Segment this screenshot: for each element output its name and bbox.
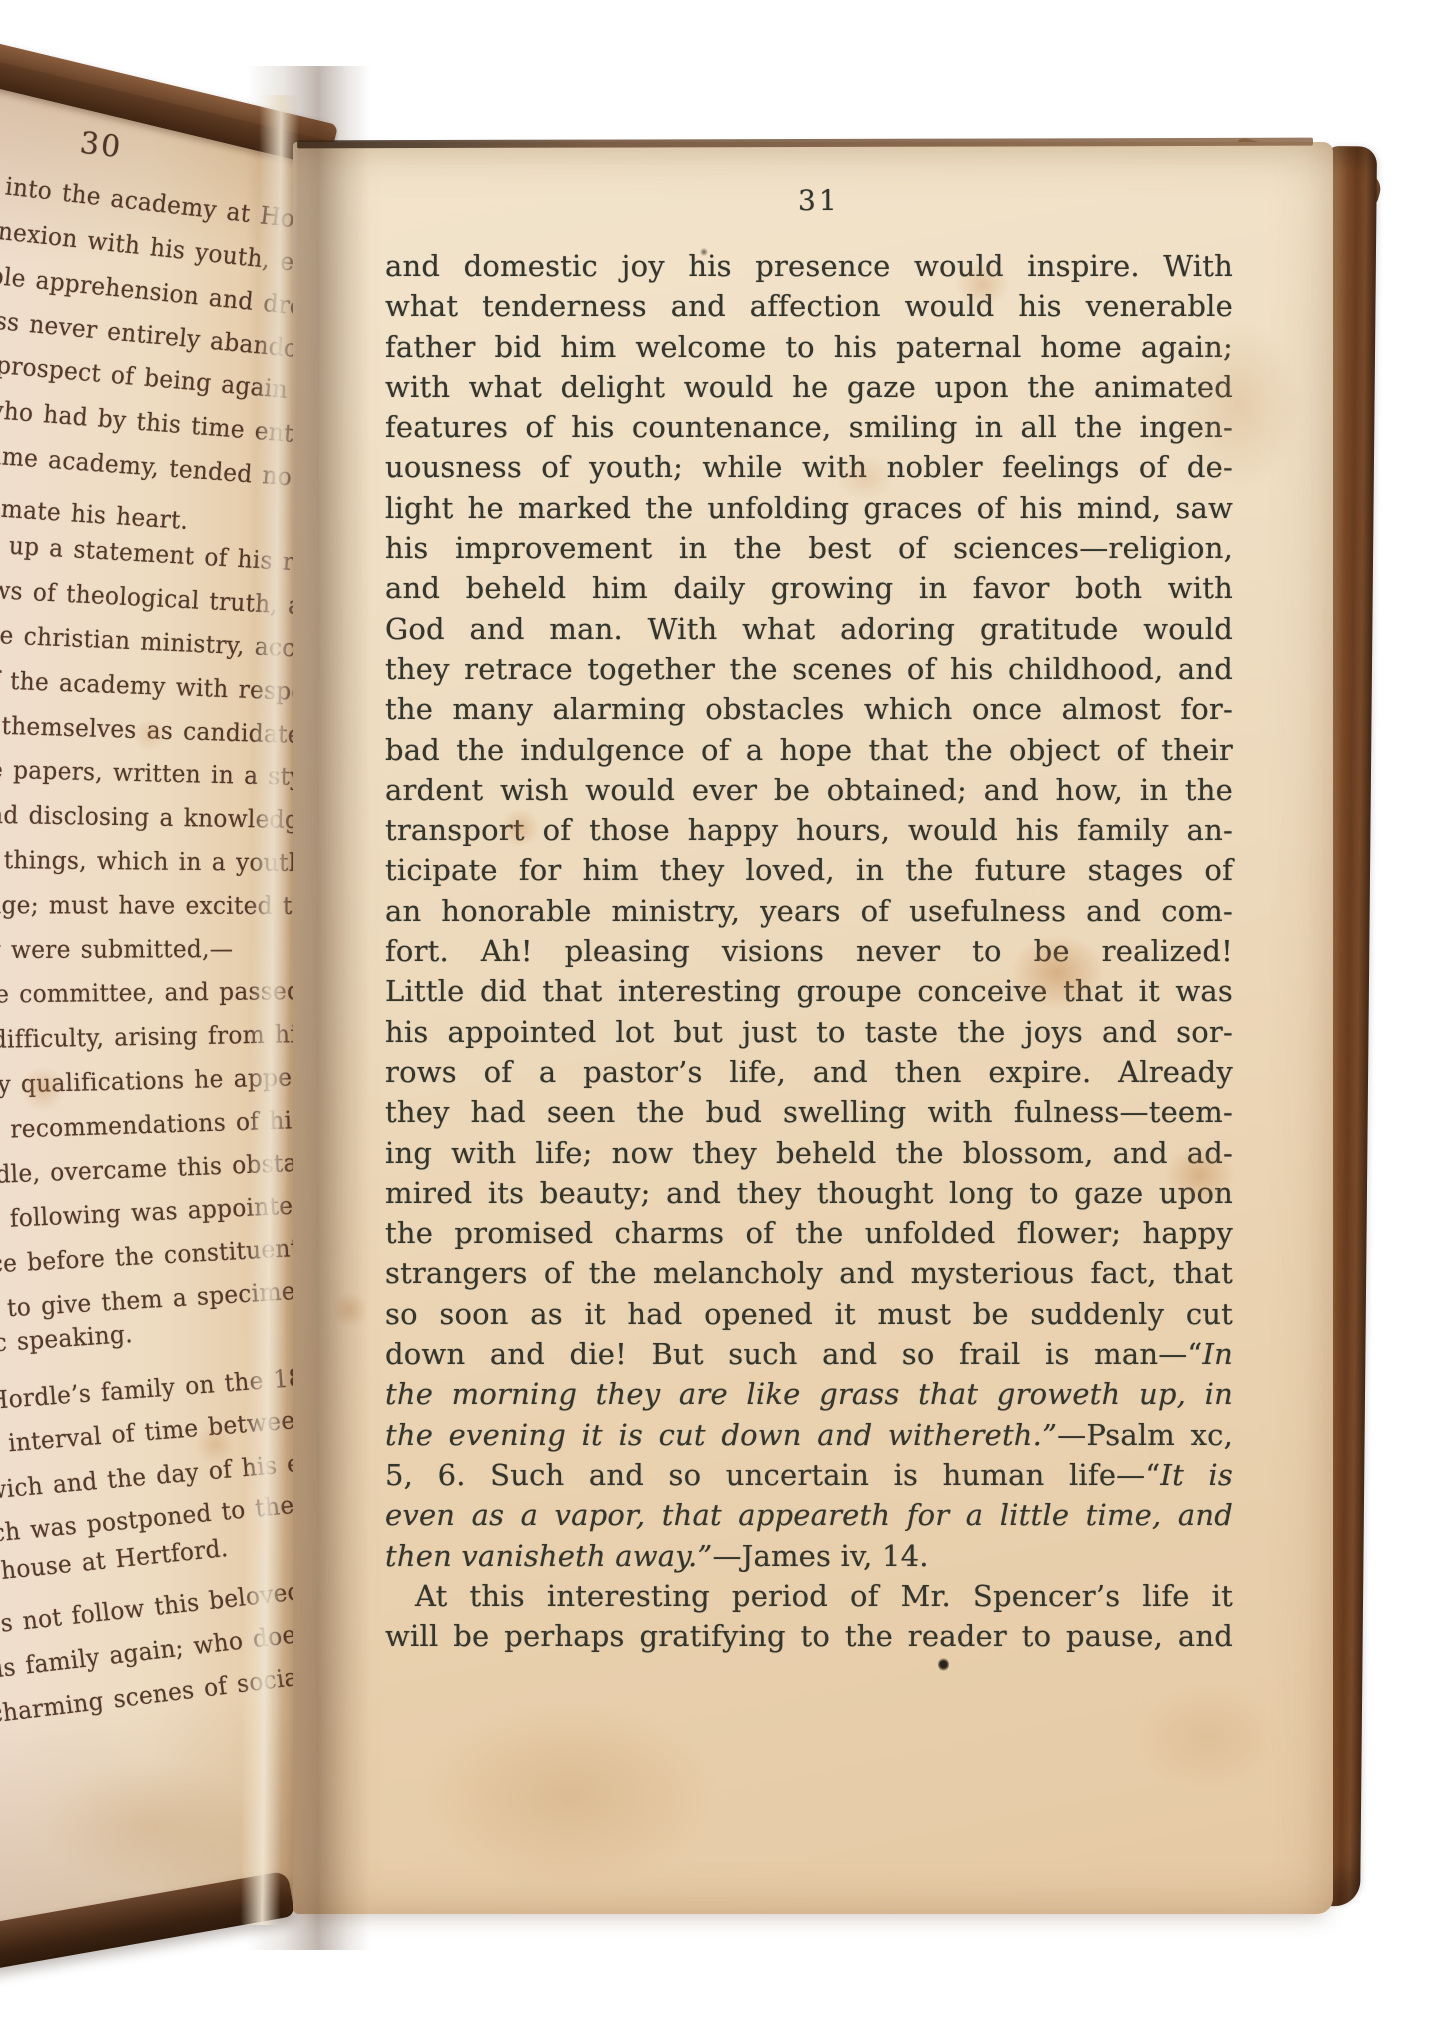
text-line: 5, 6. Such and so uncertain is human lif…	[385, 1455, 1233, 1495]
text-segment: ticipate for him they loved, in the futu…	[385, 853, 1233, 887]
text-segment: his improvement in the best of sciences—…	[385, 531, 1233, 565]
text-segment: and domestic joy his presence would insp…	[385, 249, 1233, 283]
text-segment: ing with life; now they beheld the bloss…	[385, 1136, 1233, 1170]
text-line: with what delight would he gaze upon the…	[385, 367, 1233, 407]
text-line: then vanisheth away.”—James iv, 14.	[385, 1536, 1233, 1576]
foxing-spot	[332, 1292, 368, 1328]
text-segment: they had seen the bud swelling with fuln…	[385, 1095, 1233, 1129]
text-line: the morning they are like grass that gro…	[385, 1374, 1233, 1414]
text-line: bad the indulgence of a hope that the ob…	[385, 730, 1233, 770]
text-segment: —James iv, 14.	[712, 1539, 928, 1573]
text-segment: will be perhaps gratifying to the reader…	[385, 1619, 1233, 1653]
text-line: the evening it is cut down and withereth…	[385, 1415, 1233, 1455]
text-segment: rows of a pastor’s life, and then expire…	[385, 1055, 1233, 1089]
text-line: God and man. With what adoring gratitude…	[385, 609, 1233, 649]
book-photo: 30 lmission into the academy at Houin co…	[0, 0, 1445, 2023]
text-segment: transport of those happy hours, would hi…	[385, 813, 1233, 847]
italic-text-segment: the morning they are like grass that gro…	[385, 1377, 1233, 1411]
text-line: ardent wish would ever be obtained; and …	[385, 770, 1233, 810]
text-line: an honorable ministry, years of usefulne…	[385, 891, 1233, 931]
text-line: features of his countenance, smiling in …	[385, 407, 1233, 447]
text-segment: features of his countenance, smiling in …	[385, 410, 1233, 444]
text-line: his improvement in the best of sciences—…	[385, 528, 1233, 568]
right-page: 31 and domestic joy his presence would i…	[293, 142, 1333, 1914]
text-line: At this interesting period of Mr. Spence…	[385, 1576, 1233, 1616]
italic-text-segment: the evening it is cut down and withereth…	[385, 1418, 1057, 1452]
page-top-edge	[297, 138, 1313, 149]
text-segment: an honorable ministry, years of usefulne…	[385, 894, 1233, 928]
text-line: ticipate for him they loved, in the futu…	[385, 850, 1233, 890]
text-segment: down and die! But such and so frail is m…	[385, 1337, 1202, 1371]
text-segment: his appointed lot but just to taste the …	[385, 1015, 1233, 1049]
text-segment: the promised charms of the unfolded flow…	[385, 1216, 1233, 1250]
ink-dot	[938, 1658, 949, 1671]
text-line: rows of a pastor’s life, and then expire…	[385, 1052, 1233, 1092]
text-segment: —Psalm xc,	[1057, 1418, 1233, 1452]
text-line: will be perhaps gratifying to the reader…	[385, 1616, 1233, 1656]
text-line: ing with life; now they beheld the bloss…	[385, 1133, 1233, 1173]
text-segment: At this interesting period of Mr. Spence…	[415, 1579, 1233, 1613]
text-segment: fort. Ah! pleasing visions never to be r…	[385, 934, 1233, 968]
text-line: they retrace together the scenes of his …	[385, 649, 1233, 689]
text-segment: they retrace together the scenes of his …	[385, 652, 1233, 686]
text-line: the promised charms of the unfolded flow…	[385, 1213, 1233, 1253]
text-line: so soon as it had opened it must be sudd…	[385, 1294, 1233, 1334]
text-line: his appointed lot but just to taste the …	[385, 1012, 1233, 1052]
text-line: c speaking.	[0, 1319, 134, 1357]
paper-stain	[1133, 1682, 1283, 1792]
text-segment: uousness of youth; while with nobler fee…	[385, 450, 1233, 484]
text-line: d animate his heart.	[0, 489, 189, 534]
text-line: the many alarming obstacles which once a…	[385, 689, 1233, 729]
text-line: whom they were submitted,—	[0, 934, 233, 965]
foxing-spot	[420, 1700, 720, 1890]
text-line: transport of those happy hours, would hi…	[385, 810, 1233, 850]
page-number-left: 30	[78, 126, 124, 166]
text-segment: with what delight would he gaze upon the…	[385, 370, 1233, 404]
text-segment: and beheld him daily growing in favor bo…	[385, 571, 1233, 605]
text-segment: what tenderness and affection would his …	[385, 289, 1233, 323]
text-segment: light he marked the unfolding graces of …	[385, 491, 1233, 525]
text-line: fort. Ah! pleasing visions never to be r…	[385, 931, 1233, 971]
text-line: what tenderness and affection would his …	[385, 286, 1233, 326]
text-segment: mired its beauty; and they thought long …	[385, 1176, 1233, 1210]
text-segment: God and man. With what adoring gratitude…	[385, 612, 1233, 646]
italic-text-segment: even as a vapor, that appeareth for a li…	[385, 1498, 1233, 1532]
text-segment: bad the indulgence of a hope that the ob…	[385, 733, 1233, 767]
text-line: light he marked the unfolding graces of …	[385, 488, 1233, 528]
text-segment: the many alarming obstacles which once a…	[385, 692, 1233, 726]
text-segment: ardent wish would ever be obtained; and …	[385, 773, 1233, 807]
text-segment: so soon as it had opened it must be sudd…	[385, 1297, 1233, 1331]
text-line: strangers of the melancholy and mysterio…	[385, 1253, 1233, 1293]
page-number-right: 31	[798, 184, 840, 217]
right-page-text: and domestic joy his presence would insp…	[385, 246, 1233, 1656]
text-line: and domestic joy his presence would insp…	[385, 246, 1233, 286]
text-line: Little did that interesting groupe conce…	[385, 971, 1233, 1011]
text-line: and beheld him daily growing in favor bo…	[385, 568, 1233, 608]
text-segment: father bid him welcome to his paternal h…	[385, 330, 1233, 364]
text-segment: strangers of the melancholy and mysterio…	[385, 1256, 1233, 1290]
text-line: mired its beauty; and they thought long …	[385, 1173, 1233, 1213]
italic-text-segment: In	[1202, 1337, 1233, 1371]
text-line: uousness of youth; while with nobler fee…	[385, 447, 1233, 487]
italic-text-segment: It is	[1160, 1458, 1233, 1492]
text-segment: 5, 6. Such and so uncertain is human lif…	[385, 1458, 1160, 1492]
italic-text-segment: then vanisheth away.”	[385, 1539, 712, 1573]
text-segment: Little did that interesting groupe conce…	[385, 974, 1233, 1008]
text-line: even as a vapor, that appeareth for a li…	[385, 1495, 1233, 1535]
text-line: father bid him welcome to his paternal h…	[385, 327, 1233, 367]
text-line: down and die! But such and so frail is m…	[385, 1334, 1233, 1374]
text-line: they had seen the bud swelling with fuln…	[385, 1092, 1233, 1132]
